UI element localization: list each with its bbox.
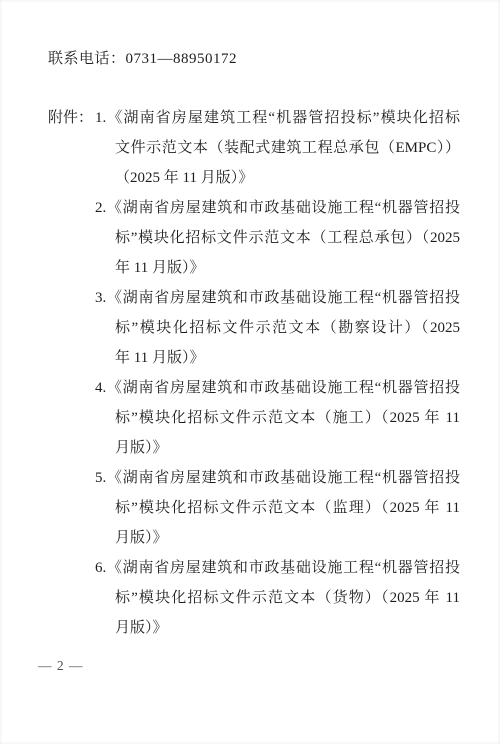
attachment-line: 月版）》 bbox=[95, 433, 460, 463]
attachment-item-6: 6.《湖南省房屋建筑和市政基础设施工程“机器管招投 标”模块化招标文件示范文本（… bbox=[95, 553, 460, 643]
attachment-item-2: 2.《湖南省房屋建筑和市政基础设施工程“机器管招投 标”模块化招标文件示范文本（… bbox=[95, 193, 460, 283]
attachment-line: 3.《湖南省房屋建筑和市政基础设施工程“机器管招投 bbox=[95, 283, 460, 313]
attachment-line: 月版）》 bbox=[95, 523, 460, 553]
attachment-item-3: 3.《湖南省房屋建筑和市政基础设施工程“机器管招投 标”模块化招标文件示范文本（… bbox=[95, 283, 460, 373]
attachments-section: 附件： 1.《湖南省房屋建筑工程“机器管招投标”模块化招标 文件示范文本（装配式… bbox=[48, 103, 460, 643]
attachment-line: 2.《湖南省房屋建筑和市政基础设施工程“机器管招投 bbox=[95, 193, 460, 223]
attachment-line: 文件示范文本（装配式建筑工程总承包（EMPC）） bbox=[95, 133, 460, 163]
attachment-line: 1.《湖南省房屋建筑工程“机器管招投标”模块化招标 bbox=[95, 103, 460, 133]
page-number: — 2 — bbox=[38, 656, 84, 676]
attachment-list: 1.《湖南省房屋建筑工程“机器管招投标”模块化招标 文件示范文本（装配式建筑工程… bbox=[95, 103, 460, 643]
attachment-label: 附件： bbox=[48, 103, 95, 133]
attachment-line: 标”模块化招标文件示范文本（勘察设计）（2025 bbox=[95, 313, 460, 343]
attachment-item-1: 1.《湖南省房屋建筑工程“机器管招投标”模块化招标 文件示范文本（装配式建筑工程… bbox=[95, 103, 460, 193]
attachment-line: 标”模块化招标文件示范文本（监理）（2025 年 11 bbox=[95, 493, 460, 523]
attachment-line: 年 11 月版）》 bbox=[95, 343, 460, 373]
contact-phone-line: 联系电话：0731—88950172 bbox=[48, 44, 460, 74]
attachment-line: 年 11 月版）》 bbox=[95, 253, 460, 283]
attachment-item-5: 5.《湖南省房屋建筑和市政基础设施工程“机器管招投 标”模块化招标文件示范文本（… bbox=[95, 463, 460, 553]
attachment-line: （2025 年 11 月版）》 bbox=[95, 163, 460, 193]
attachment-line: 标”模块化招标文件示范文本（工程总承包）（2025 bbox=[95, 223, 460, 253]
attachment-item-4: 4.《湖南省房屋建筑和市政基础设施工程“机器管招投 标”模块化招标文件示范文本（… bbox=[95, 373, 460, 463]
attachment-line: 4.《湖南省房屋建筑和市政基础设施工程“机器管招投 bbox=[95, 373, 460, 403]
attachment-line: 月版）》 bbox=[95, 613, 460, 643]
attachment-line: 5.《湖南省房屋建筑和市政基础设施工程“机器管招投 bbox=[95, 463, 460, 493]
attachment-line: 标”模块化招标文件示范文本（施工）（2025 年 11 bbox=[95, 403, 460, 433]
attachment-line: 6.《湖南省房屋建筑和市政基础设施工程“机器管招投 bbox=[95, 553, 460, 583]
attachment-line: 标”模块化招标文件示范文本（货物）（2025 年 11 bbox=[95, 583, 460, 613]
document-page: 联系电话：0731—88950172 附件： 1.《湖南省房屋建筑工程“机器管招… bbox=[0, 0, 500, 744]
